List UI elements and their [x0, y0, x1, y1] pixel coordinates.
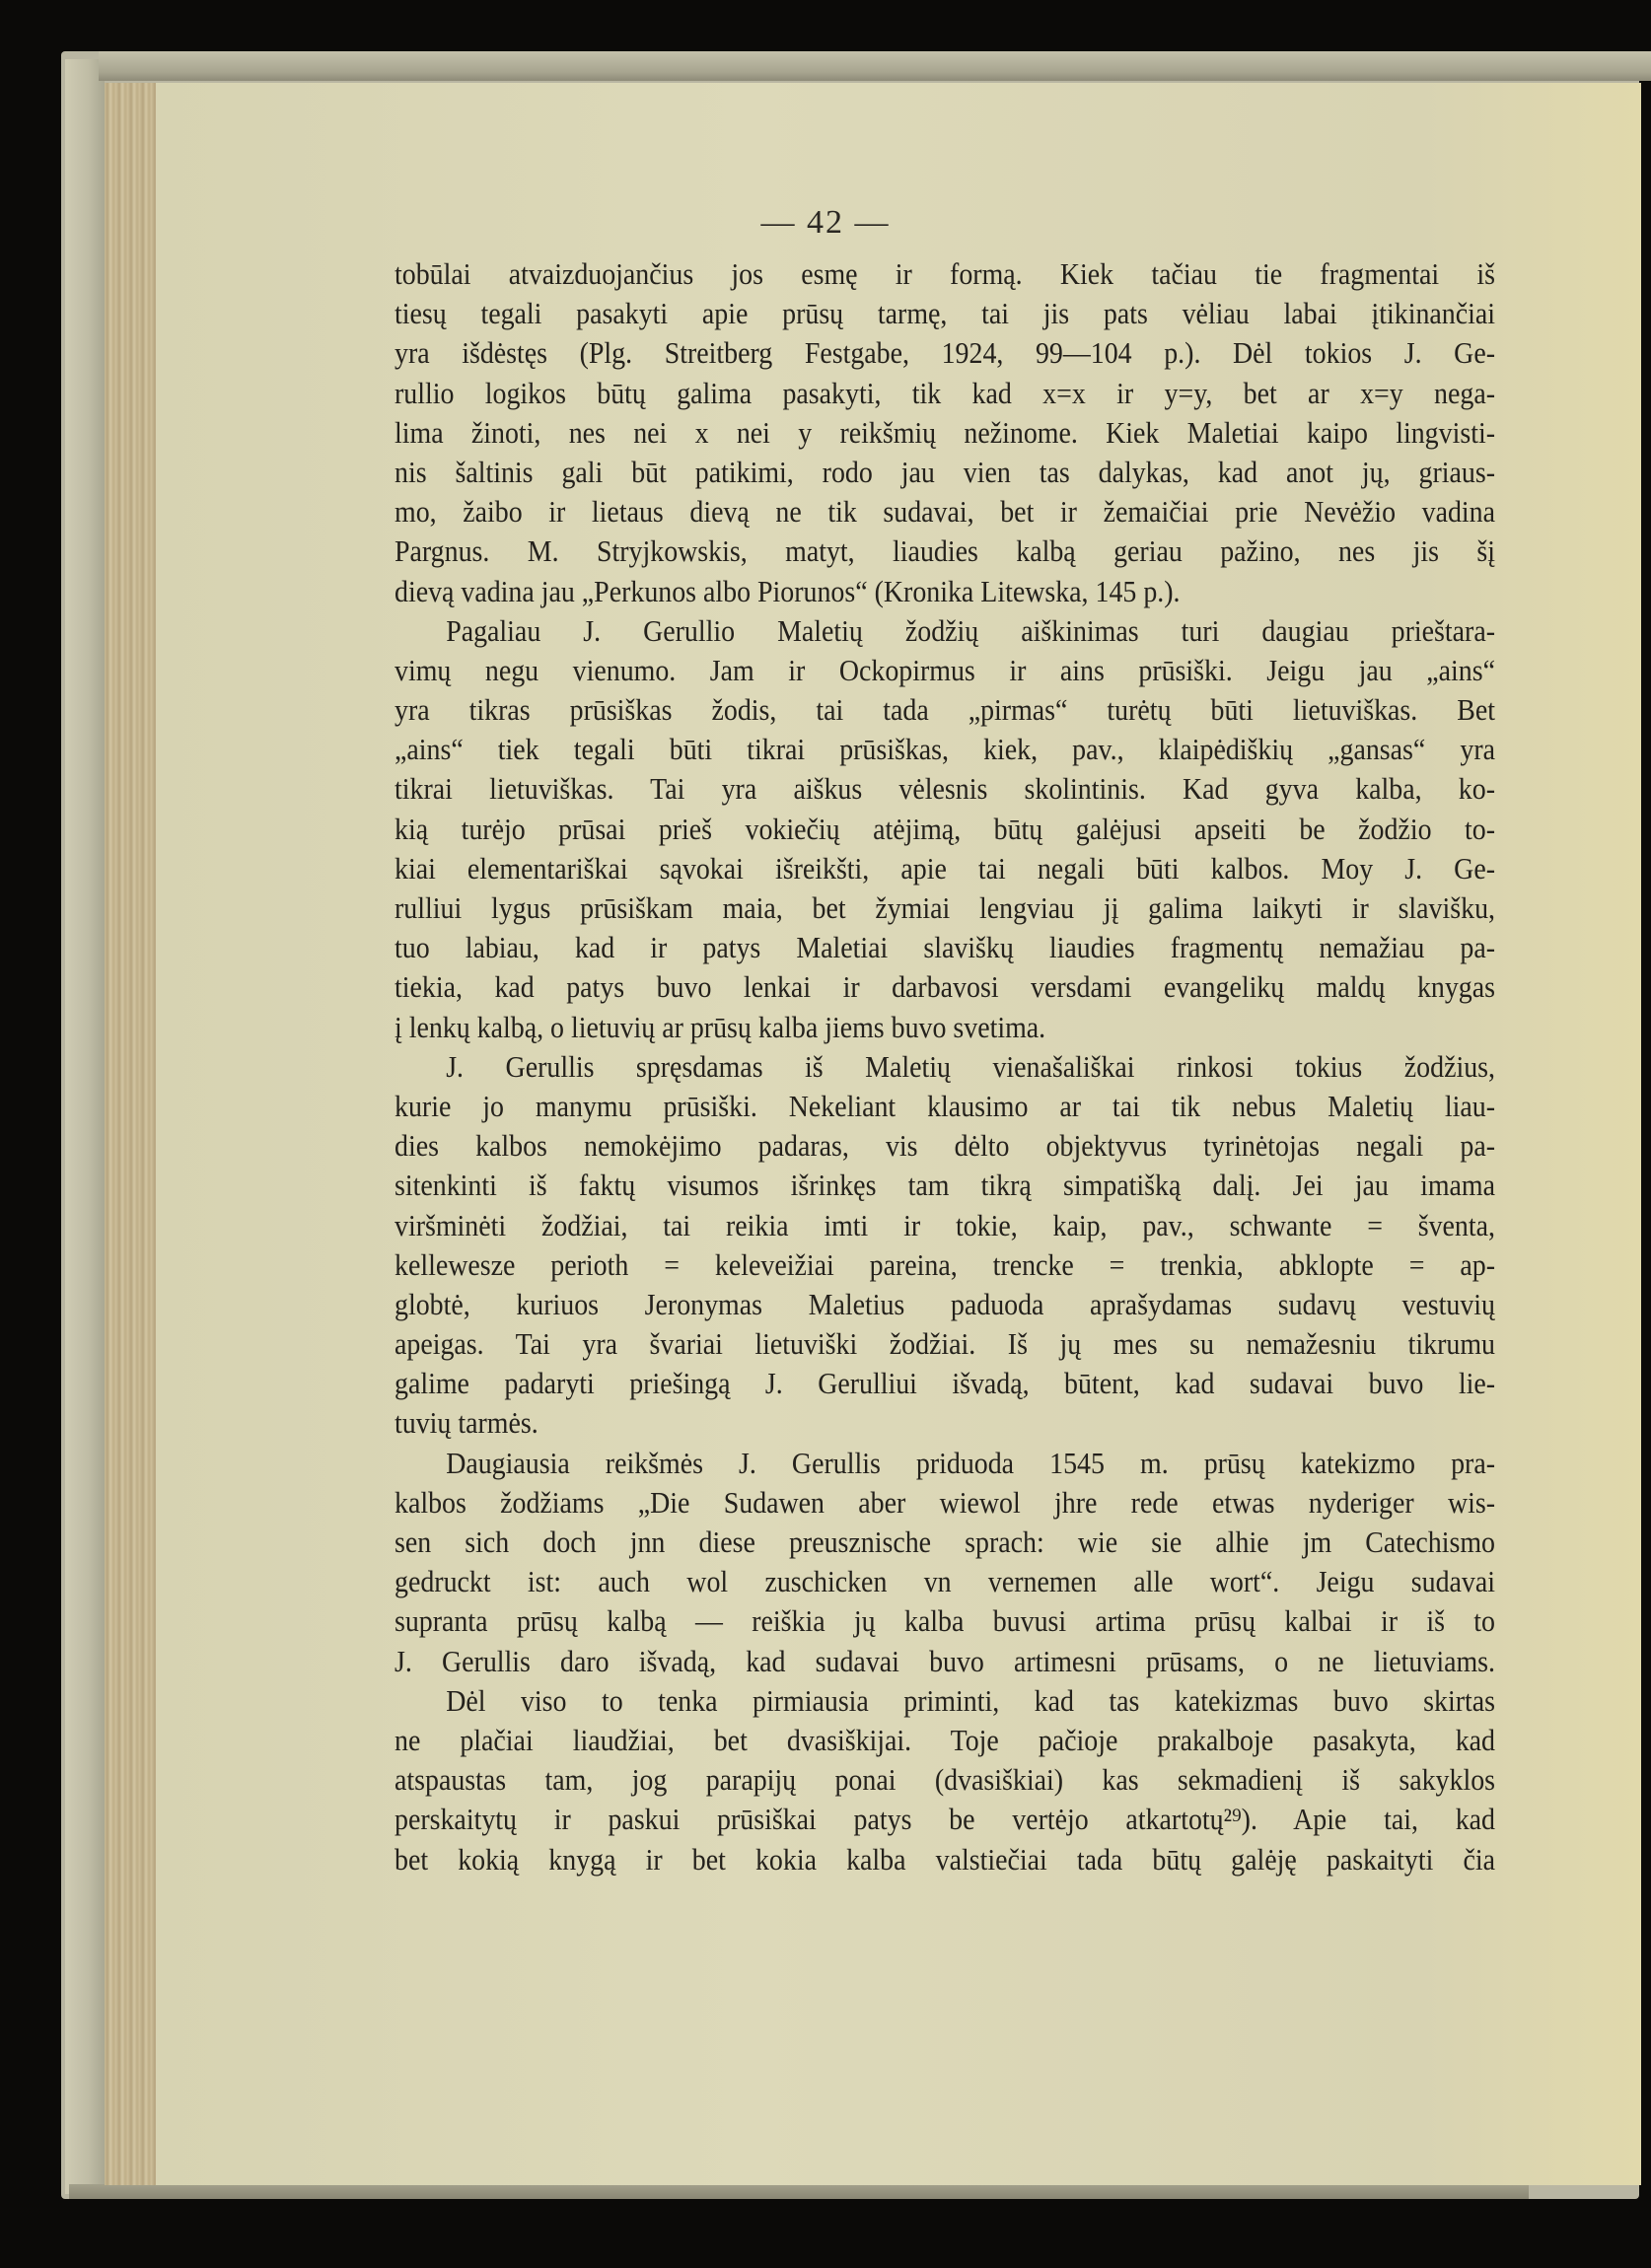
paragraph: Pagaliau J. Gerullio Maletių žodžių aišk…: [395, 611, 1495, 1047]
text-line: tikrai lietuviškas. Tai yra aiškus vėles…: [395, 769, 1495, 809]
text-line: vimų negu vienumo. Jam ir Ockopirmus ir …: [395, 651, 1495, 690]
text-line: supranta prūsų kalbą — reiškia jų kalba …: [395, 1601, 1495, 1641]
book-bottom-edge: [69, 2184, 1529, 2199]
paragraph: J. Gerullis spręsdamas iš Maletių vienaš…: [395, 1047, 1495, 1444]
text-line: į lenkų kalbą, o lietuvių ar prūsų kalba…: [395, 1008, 1495, 1047]
text-line: gedruckt ist: auch wol zuschicken vn ver…: [395, 1562, 1495, 1601]
page-stack-edges: [105, 83, 156, 2185]
text-line: yra tikras prūsiškas žodis, tai tada „pi…: [395, 690, 1495, 730]
paragraph: tobūlai atvaizduojančius jos esmę ir for…: [395, 254, 1495, 611]
text-line: tuo labiau, kad ir patys Maletiai slaviš…: [395, 928, 1495, 967]
text-line: sitenkinti iš faktų visumos išrinkęs tam…: [395, 1166, 1495, 1205]
text-line: perskaitytų ir paskui prūsiškai patys be…: [395, 1800, 1495, 1839]
text-line: tuvių tarmės.: [395, 1403, 1495, 1443]
text-line: kalbos žodžiams „Die Sudawen aber wiewol…: [395, 1483, 1495, 1523]
text-line: Dėl viso to tenka pirmiausia priminti, k…: [395, 1681, 1495, 1721]
text-line: apeigas. Tai yra švariai lietuviški žodž…: [395, 1324, 1495, 1364]
text-line: kiai elementariškai sąvokai išreikšti, a…: [395, 849, 1495, 888]
text-line: „ains“ tiek tegali būti tikrai prūsiškas…: [395, 730, 1495, 769]
text-line: kurie jo manymu prūsiški. Nekeliant klau…: [395, 1087, 1495, 1126]
paragraph: Dėl viso to tenka pirmiausia priminti, k…: [395, 1681, 1495, 1879]
book-spine-cloth: [65, 59, 105, 2194]
paragraph: Daugiausia reikšmės J. Gerullis priduoda…: [395, 1444, 1495, 1681]
text-line: tobūlai atvaizduojančius jos esmę ir for…: [395, 254, 1495, 294]
text-line: ne plačiai liaudžiai, bet dvasiškijai. T…: [395, 1721, 1495, 1760]
text-line: tiesų tegali pasakyti apie prūsų tarmę, …: [395, 294, 1495, 333]
text-line: bet kokią knygą ir bet kokia kalba valst…: [395, 1840, 1495, 1879]
text-line: Daugiausia reikšmės J. Gerullis priduoda…: [395, 1444, 1495, 1483]
text-line: Pagaliau J. Gerullio Maletių žodžių aišk…: [395, 611, 1495, 651]
text-line: atspaustas tam, jog parapijų ponai (dvas…: [395, 1760, 1495, 1800]
text-line: kią turėjo prūsai prieš vokiečių atėjimą…: [395, 810, 1495, 849]
text-line: globtė, kuriuos Jeronymas Maletius paduo…: [395, 1285, 1495, 1324]
text-line: yra išdėstęs (Plg. Streitberg Festgabe, …: [395, 333, 1495, 373]
text-line: dies kalbos nemokėjimo padaras, vis dėlt…: [395, 1126, 1495, 1166]
page-number: — 42 —: [0, 204, 1651, 242]
text-line: galime padaryti priešingą J. Gerulliui i…: [395, 1364, 1495, 1403]
text-line: lima žinoti, nes nei x nei y reikšmių ne…: [395, 413, 1495, 453]
text-line: J. Gerullis daro išvadą, kad sudavai buv…: [395, 1642, 1495, 1681]
text-line: sen sich doch jnn diese preusznische spr…: [395, 1523, 1495, 1562]
text-line: viršminėti žodžiai, tai reikia imti ir t…: [395, 1206, 1495, 1245]
text-line: kellewesze perioth = keleveižiai pareina…: [395, 1245, 1495, 1285]
text-line: rulliui lygus prūsiškam maia, bet žymiai…: [395, 888, 1495, 928]
text-line: rullio logikos būtų galima pasakyti, tik…: [395, 374, 1495, 413]
text-line: mo, žaibo ir lietaus dievą ne tik sudava…: [395, 492, 1495, 532]
body-text: tobūlai atvaizduojančius jos esmę ir for…: [395, 254, 1495, 1879]
text-line: tiekia, kad patys buvo lenkai ir darbavo…: [395, 967, 1495, 1007]
text-line: Pargnus. M. Stryjkowskis, matyt, liaudie…: [395, 532, 1495, 571]
text-line: nis šaltinis gali būt patikimi, rodo jau…: [395, 453, 1495, 492]
text-line: dievą vadina jau „Perkunos albo Piorunos…: [395, 572, 1495, 611]
book-top-edge: [99, 51, 1651, 81]
text-line: J. Gerullis spręsdamas iš Maletių vienaš…: [395, 1047, 1495, 1087]
